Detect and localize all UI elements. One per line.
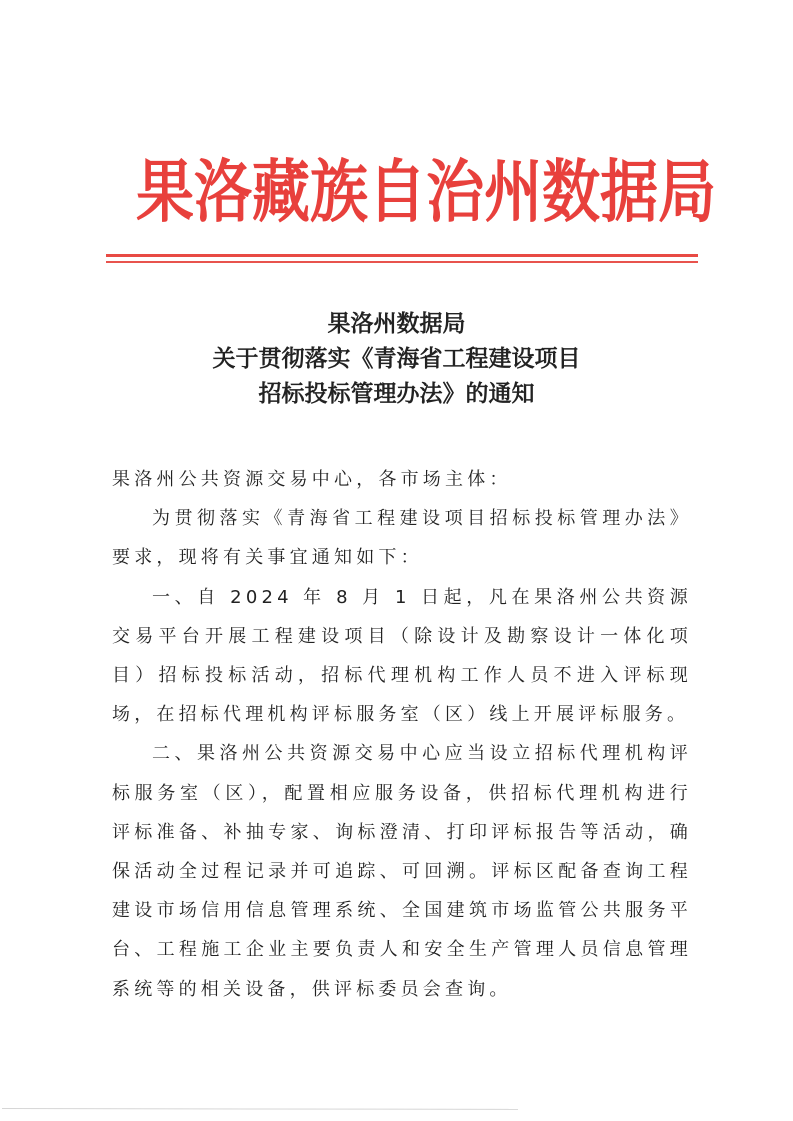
title-line-subject-2: 招标投标管理办法》的通知 xyxy=(0,376,793,411)
title-line-issuer: 果洛州数据局 xyxy=(0,306,793,341)
letterhead-char: 藏 xyxy=(252,158,310,226)
document-title: 果洛州数据局 关于贯彻落实《青海省工程建设项目 招标投标管理办法》的通知 xyxy=(0,306,793,411)
item-2-paragraph: 二、果洛州公共资源交易中心应当设立招标代理机构评标服务室（区），配置相应服务设备… xyxy=(112,734,692,1008)
letterhead-char: 果 xyxy=(136,158,194,226)
document-body: 果洛州公共资源交易中心，各市场主体： 为贯彻落实《青海省工程建设项目招标投标管理… xyxy=(112,460,692,1009)
letterhead-char: 据 xyxy=(600,158,658,226)
letterhead-char: 自 xyxy=(368,158,426,226)
intro-paragraph: 为贯彻落实《青海省工程建设项目招标投标管理办法》要求，现将有关事宜通知如下： xyxy=(112,499,692,577)
letterhead-org-name: 果 洛 藏 族 自 治 州 数 据 局 xyxy=(100,152,700,232)
letterhead-char: 数 xyxy=(542,158,600,226)
page-edge-line xyxy=(2,1108,518,1110)
letterhead-char: 洛 xyxy=(194,158,252,226)
letterhead-char: 治 xyxy=(426,158,484,226)
letterhead-char: 州 xyxy=(484,158,542,226)
letterhead-divider-thin xyxy=(106,261,698,263)
addressee: 果洛州公共资源交易中心，各市场主体： xyxy=(112,460,692,499)
letterhead-char: 局 xyxy=(658,158,716,226)
item-1-paragraph: 一、自 2024 年 8 月 1 日起，凡在果洛州公共资源交易平台开展工程建设项… xyxy=(112,578,692,735)
title-line-subject-1: 关于贯彻落实《青海省工程建设项目 xyxy=(0,341,793,376)
letterhead-divider-thick xyxy=(106,254,698,257)
letterhead-char: 族 xyxy=(310,158,368,226)
